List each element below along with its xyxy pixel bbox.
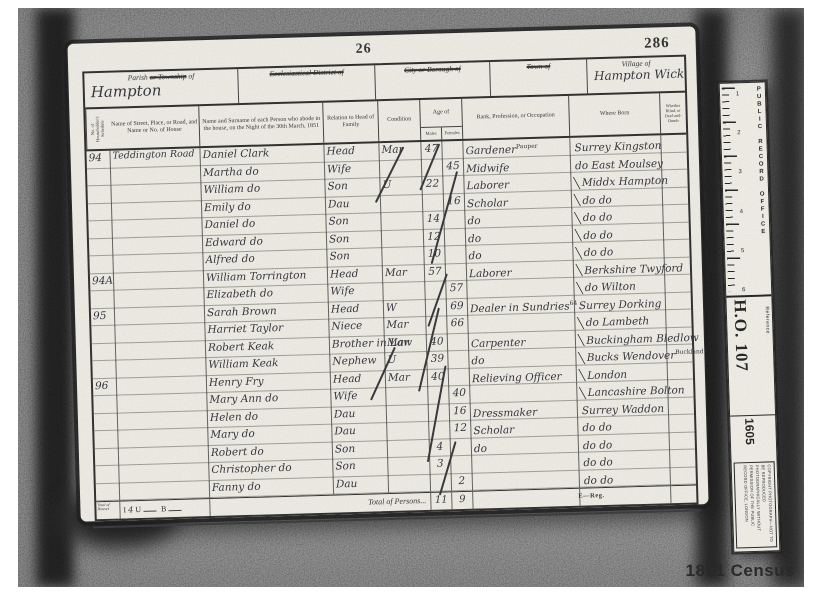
- parish-value: Hampton: [91, 81, 162, 101]
- cell-age-female: 57: [446, 281, 468, 300]
- town-section: Town of: [490, 59, 588, 96]
- col-age-label: Age of: [420, 99, 462, 127]
- parish-section: Parish or Township of Hampton: [84, 69, 239, 107]
- col-born: Where Born: [569, 93, 661, 136]
- cell-schedule-number: [93, 396, 118, 415]
- col-relation: Relation to Head of Family: [323, 101, 379, 143]
- cell-age-female: [442, 141, 464, 160]
- ruler-zone: 123456 PUBLIC RECORD OFFICE: [720, 82, 772, 297]
- cell-blind: [664, 222, 690, 241]
- cell-age-female: 69: [447, 298, 469, 317]
- cell-blind: [668, 362, 694, 381]
- cell-age-male: [429, 404, 451, 423]
- houses-building-label: B: [161, 504, 167, 513]
- cell-age-female: 12: [450, 421, 472, 440]
- col-street: Name of Street, Place, or Road, and Name…: [109, 106, 200, 148]
- cell-blind: [671, 467, 697, 486]
- cell-age-female: [448, 333, 470, 352]
- cell-age-female: [446, 263, 468, 282]
- city-borough-label: City or Borough of: [379, 64, 487, 75]
- totals-blank-occupation: [473, 489, 580, 509]
- cell-blind: [662, 170, 688, 189]
- houses-building-blank: [168, 500, 181, 511]
- col-age-females: Females: [442, 127, 462, 140]
- cell-age-female: [445, 246, 467, 265]
- cell-age-male: [423, 194, 445, 213]
- total-persons-females: 9: [452, 492, 473, 510]
- cell-schedule-number: 94A: [90, 273, 115, 292]
- cell-age-female: [448, 351, 470, 370]
- cell-schedule-number: [94, 431, 119, 450]
- cell-schedule-number: [96, 483, 121, 502]
- cell-blind: [670, 432, 696, 451]
- cell-age-female: [444, 211, 466, 230]
- cell-blind: [667, 327, 693, 346]
- houses-uninhabited-blank: [143, 501, 156, 512]
- ruler-number: 4: [740, 209, 744, 215]
- ecclesiastical-district-section: Ecclesiastical District of: [238, 65, 376, 103]
- cell-schedule-number: [90, 291, 115, 310]
- col-blind: Whether Blind, or Deaf-and-Dumb: [660, 93, 686, 134]
- village-section: Village of Hampton Wick: [588, 57, 685, 94]
- ruler-number: 1: [736, 91, 740, 97]
- houses-uninhabited-label: U: [135, 505, 141, 514]
- cell-schedule-number: [88, 203, 113, 222]
- cell-blind: [666, 310, 692, 329]
- census-page: 26 286 Parish or Township of Hampton Ecc…: [66, 25, 709, 522]
- town-label: Town of: [493, 61, 584, 72]
- cell-age-female: [449, 368, 471, 387]
- page-number: 286: [644, 35, 670, 53]
- cell-schedule-number: [95, 448, 120, 467]
- cell-schedule-number: 94: [86, 151, 111, 170]
- cell-where-born: do do: [580, 468, 671, 489]
- cell-schedule-number: [87, 168, 112, 187]
- col-age-subheads: Males Females: [421, 126, 462, 140]
- totals-blank-blind: [671, 485, 696, 503]
- piece-zone: 1605: [730, 415, 777, 466]
- cell-age-female: [445, 228, 467, 247]
- copyright-notice: COPYRIGHT PHOTOGRAPH—NOT TO BE REPRODUCE…: [734, 461, 778, 548]
- cell-blind: [663, 205, 689, 224]
- ruler-number: 6: [742, 287, 746, 293]
- census-form: Parish or Township of Hampton Ecclesiast…: [82, 55, 698, 522]
- cell-schedule-number: [95, 466, 120, 485]
- plate-mark: E—Reg.: [578, 492, 604, 500]
- cell-schedule-number: [92, 343, 117, 362]
- cell-schedule-number: [94, 413, 119, 432]
- ruler-number: 3: [738, 170, 742, 176]
- houses-inhabited-label: I: [123, 505, 126, 514]
- cell-blind: [662, 152, 688, 171]
- cell-schedule-number: 96: [93, 378, 118, 397]
- cell-age-female: 66: [447, 316, 469, 335]
- cell-blind: [668, 380, 694, 399]
- cell-blind: [669, 397, 695, 416]
- cell-blind: [661, 135, 687, 154]
- cell-schedule-number: [87, 186, 112, 205]
- cell-blind: [665, 257, 691, 276]
- folio-number: 26: [356, 41, 372, 57]
- ecclesiastical-district-label: Ecclesiastical District of: [241, 67, 371, 79]
- col-age-males: Males: [421, 127, 442, 140]
- census-year-overlay: 1851 Census: [686, 561, 795, 581]
- cell-condition: [389, 474, 432, 494]
- cell-schedule-number: [89, 238, 114, 257]
- cell-age-female: 2: [452, 473, 474, 492]
- cell-blind: [669, 415, 695, 434]
- cell-age-female: 40: [449, 386, 471, 405]
- cell-age-female: 45: [443, 158, 465, 177]
- col-condition: Condition: [378, 100, 421, 141]
- cell-age-female: [451, 456, 473, 475]
- cell-blind: [666, 292, 692, 311]
- reference-value: H.O. 107: [729, 299, 751, 372]
- cell-blind: [663, 187, 689, 206]
- ruler-number: 2: [737, 130, 741, 136]
- cell-relation: Dau: [334, 476, 389, 496]
- record-office-ruler-strip: 123456 PUBLIC RECORD OFFICE Reference H.…: [719, 81, 781, 552]
- cell-schedule-number: [92, 361, 117, 380]
- village-value: Hampton Wick: [594, 67, 685, 84]
- houses-inhabited-value: 4: [128, 505, 133, 514]
- total-persons-males: 11: [431, 492, 452, 510]
- reference-zone: Reference H.O. 107: [726, 296, 775, 416]
- cell-age-male: 40: [428, 369, 450, 388]
- cell-schedule-number: 95: [91, 308, 116, 327]
- cell-blind: [667, 345, 693, 364]
- cell-blind: [664, 240, 690, 259]
- public-record-office-label: PUBLIC RECORD OFFICE: [756, 87, 767, 237]
- total-houses-label: Total of Houses: [96, 502, 120, 520]
- ruler-number: 5: [741, 248, 745, 254]
- col-age: Age of Males Females: [420, 99, 463, 140]
- census-table-body: 94 Teddington Road Daniel Clark Head Mar…: [86, 135, 696, 502]
- reference-label: Reference: [764, 306, 771, 334]
- microfilm-photo: 26 286 Parish or Township of Hampton Ecc…: [18, 8, 804, 587]
- col-schedule: No. of Householder's Schedule: [85, 109, 110, 150]
- cell-occupation: [473, 470, 580, 491]
- total-houses-values: I4 U B: [120, 499, 210, 519]
- col-name: Name and Surname of each Person who abod…: [199, 103, 324, 146]
- city-borough-section: City or Borough of: [376, 62, 491, 99]
- cell-blind: [665, 275, 691, 294]
- cell-blind: [670, 449, 696, 468]
- cell-street: [120, 481, 210, 502]
- cell-schedule-number: [88, 221, 113, 240]
- cell-age-male: 4: [430, 439, 452, 458]
- col-occupation: Rank, Profession, or Occupation: [462, 96, 570, 139]
- piece-number: 1605: [742, 418, 757, 445]
- cell-schedule-number: [89, 256, 114, 275]
- cell-person-name: Fanny do: [210, 477, 334, 499]
- cell-schedule-number: [91, 326, 116, 345]
- cell-age-female: 16: [450, 403, 472, 422]
